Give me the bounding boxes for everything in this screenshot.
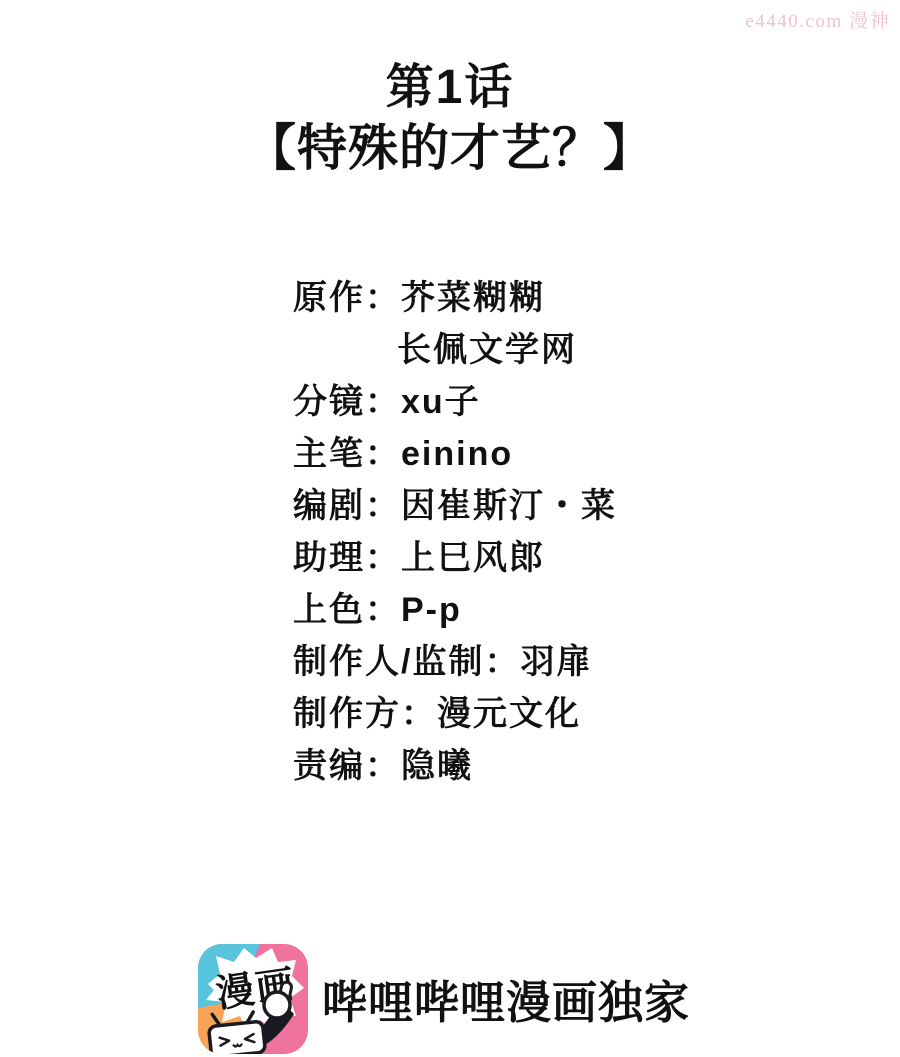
platform-exclusive-text: 哔哩哔哩漫画独家 bbox=[322, 966, 690, 1031]
credit-line-storyboard: 分镜：xu子 bbox=[293, 376, 617, 428]
credit-line-production-company: 制作方：漫元文化 bbox=[293, 688, 617, 740]
credit-line-producer: 制作人/监制：羽扉 bbox=[293, 636, 617, 688]
comic-credits-page: e4440.com 漫神 第1话 【特殊的才艺？】 原作：芥菜糊糊 长佩文学网 … bbox=[0, 0, 900, 1057]
credit-line-screenwriter: 编剧：因崔斯汀・菜 bbox=[293, 480, 617, 532]
credit-line-colorist: 上色：P-p bbox=[293, 584, 617, 636]
footer: 漫画 哔哩哔哩漫画独家 bbox=[0, 935, 900, 1057]
episode-title: 【特殊的才艺？】 bbox=[0, 108, 900, 180]
credit-line-editor: 责编：隐曦 bbox=[293, 740, 617, 792]
credits-list: 原作：芥菜糊糊 长佩文学网 分镜：xu子 主笔：einino 编剧：因崔斯汀・菜… bbox=[293, 272, 617, 792]
credit-line-original-author: 原作：芥菜糊糊 bbox=[293, 272, 617, 324]
chapter-heading: 第1话 bbox=[0, 48, 900, 117]
credit-line-lead-artist: 主笔：einino bbox=[293, 428, 617, 480]
watermark-text: e4440.com 漫神 bbox=[745, 6, 890, 33]
bilibili-manga-app-icon: 漫画 bbox=[198, 944, 308, 1054]
credit-line-assistant: 助理：上巳风郎 bbox=[293, 532, 617, 584]
credit-line-source-site: 长佩文学网 bbox=[293, 324, 617, 376]
